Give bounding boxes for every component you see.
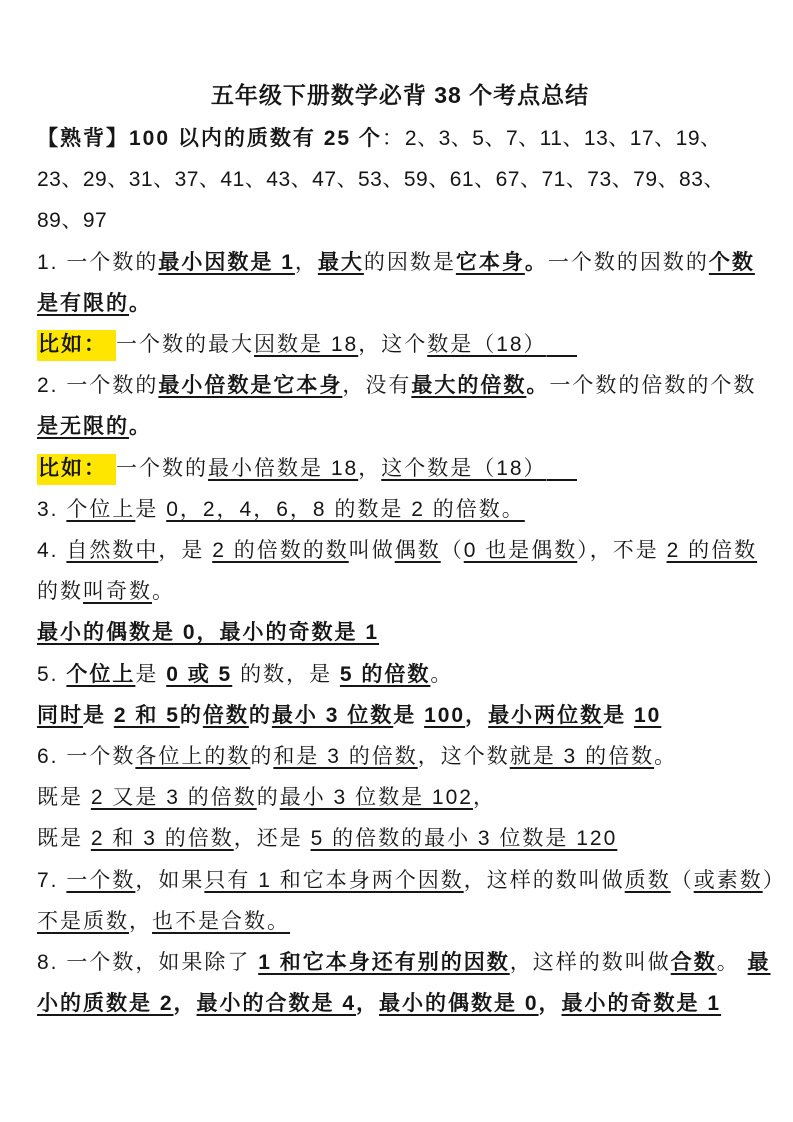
text-line: 4. 自然数中，是 2 的倍数的数叫做偶数（0 也是偶数），不是 2 的倍数	[37, 530, 763, 571]
text-segment: 2、3、5、7、11、13、17、19、	[405, 127, 722, 150]
text-segment: 2 又是 3 的倍数	[91, 786, 257, 809]
text-segment: 最小两位数	[488, 704, 603, 727]
text-segment: 10	[634, 704, 661, 727]
text-segment: 最大	[318, 251, 364, 274]
text-segment: 是	[603, 704, 634, 727]
text-segment: （	[441, 539, 464, 562]
text-segment: 。	[525, 251, 548, 274]
text-segment: 的	[249, 704, 272, 727]
text-segment: 2 和 3 的倍数	[91, 827, 234, 850]
text-line: 比如：一个数的最大因数是 18，这个数是（18）	[37, 324, 763, 365]
text-segment: 是	[135, 663, 166, 686]
text-line: 8. 一个数，如果除了 1 和它本身还有别的因数，这样的数叫做合数。 最	[37, 942, 763, 983]
text-segment: 0，2，4，6，8 的数是 2 的倍数。	[166, 498, 525, 521]
text-segment: ，	[174, 992, 197, 1015]
text-segment: ，如果	[135, 869, 204, 892]
text-segment: 2. 一个数的	[37, 374, 158, 397]
document-page: 五年级下册数学必背 38 个考点总结 【熟背】100 以内的质数有 25 个：2…	[0, 0, 793, 1122]
text-segment: 100	[424, 704, 465, 727]
text-segment: 最小的偶数是 0	[379, 992, 539, 1015]
text-segment: ，	[295, 251, 318, 274]
text-segment: ，	[465, 704, 488, 727]
text-segment: ）	[763, 869, 793, 892]
text-segment: 。	[430, 663, 453, 686]
text-segment: 的	[257, 786, 280, 809]
text-line: 的数叫奇数。	[37, 571, 763, 612]
text-segment: ，	[129, 910, 152, 933]
text-segment: ，这个数	[418, 745, 510, 768]
text-segment: ，	[358, 457, 381, 480]
text-segment: 它本身	[456, 251, 525, 274]
text-segment: 的数	[37, 580, 83, 603]
text-segment: 2 的倍数的数	[212, 539, 349, 562]
text-segment: 自然数中	[66, 539, 158, 562]
text-segment: 最小的偶数是 0，最小的奇数是 1	[37, 621, 379, 644]
text-segment: 一个数的最大	[116, 333, 254, 356]
text-segment: 0 也是偶数	[464, 539, 578, 562]
text-line: 既是 2 和 3 的倍数，还是 5 的倍数的最小 3 位数是 120	[37, 818, 763, 859]
text-segment: 一个数的因数的	[548, 251, 709, 274]
text-segment: 。	[267, 910, 290, 933]
text-line: 5. 个位上是 0 或 5 的数，是 5 的倍数。	[37, 654, 763, 695]
text-segment: 最大的倍数	[411, 374, 526, 397]
text-segment: 【熟背】100 以内的质数有 25 个	[37, 127, 382, 150]
text-segment: 既是	[37, 827, 91, 850]
text-segment: 个位上	[66, 663, 135, 686]
text-segment: 偶数	[395, 539, 441, 562]
text-segment: 合数	[671, 951, 717, 974]
text-segment: 小的质数是 2	[37, 992, 174, 1015]
text-segment: 最小的奇数是 1	[562, 992, 722, 1015]
text-line: 最小的偶数是 0，最小的奇数是 1	[37, 612, 763, 653]
text-line: 3. 个位上是 0，2，4，6，8 的数是 2 的倍数。	[37, 489, 763, 530]
text-segment: 最小倍数是 18	[208, 457, 358, 480]
text-line: 2. 一个数的最小倍数是它本身，没有最大的倍数。一个数的倍数的个数	[37, 365, 763, 406]
text-line: 是有限的。	[37, 283, 763, 324]
text-segment: 。	[129, 415, 152, 438]
text-segment: 23、29、31、37、41、43、47、53、59、61、67、71、73、7…	[37, 168, 725, 191]
text-segment: 。	[129, 292, 152, 315]
text-segment: 8. 一个数，如果除了	[37, 951, 258, 974]
text-segment: ），不是	[577, 539, 666, 562]
text-segment: 的因数是	[364, 251, 456, 274]
text-segment: 。	[654, 745, 677, 768]
text-segment: 一个数的	[116, 457, 208, 480]
text-segment: 最小倍数是它本身	[158, 374, 342, 397]
text-segment: 是有限的	[37, 292, 129, 315]
text-segment: 是	[135, 498, 166, 521]
text-segment: 或素数	[694, 869, 763, 892]
text-segment: 4.	[37, 539, 66, 562]
text-segment: 5 的倍数	[340, 663, 431, 686]
text-segment: 最小 3 位数是 102	[280, 786, 473, 809]
text-segment: 一个数	[66, 869, 135, 892]
text-line: 6. 一个数各位上的数的和是 3 的倍数，这个数就是 3 的倍数。	[37, 736, 763, 777]
text-segment: 也不是合数	[152, 910, 267, 933]
text-segment: 最小 3 位数	[272, 704, 393, 727]
text-segment: 。	[717, 951, 748, 974]
text-segment: 各位上的数	[135, 745, 250, 768]
document-body: 【熟背】100 以内的质数有 25 个：2、3、5、7、11、13、17、19、…	[37, 118, 763, 1024]
text-segment: （	[671, 869, 694, 892]
text-segment: 是无限的	[37, 415, 129, 438]
text-segment: 和是 3 的倍数	[273, 745, 417, 768]
text-segment: 倍数	[203, 704, 249, 727]
text-segment: ，还是	[234, 827, 311, 850]
text-segment: ：	[382, 127, 405, 150]
text-segment: ，	[473, 786, 496, 809]
text-segment: 1 和它本身还有别的因数	[258, 951, 510, 974]
blank-underline	[547, 349, 577, 357]
text-segment: 个数	[709, 251, 755, 274]
text-segment: ，没有	[342, 374, 411, 397]
text-segment: ，是	[158, 539, 212, 562]
text-segment: 叫做	[349, 539, 395, 562]
text-segment: 1. 一个数的	[37, 251, 158, 274]
text-segment: 数是（18）	[427, 333, 546, 356]
text-segment: 的数，是	[232, 663, 340, 686]
text-line: 是无限的。	[37, 406, 763, 447]
text-segment: 是	[83, 704, 114, 727]
text-segment: 。	[526, 374, 549, 397]
text-segment: 个位上	[66, 498, 135, 521]
text-segment: 叫奇数	[83, 580, 152, 603]
text-segment: 最小因数是 1	[158, 251, 295, 274]
text-line: 比如：一个数的最小倍数是 18，这个数是（18）	[37, 448, 763, 489]
text-segment: 3.	[37, 498, 66, 521]
text-segment: 的	[180, 704, 203, 727]
text-segment: 最小的合数是 4	[197, 992, 357, 1015]
text-segment: 。	[152, 580, 175, 603]
text-line: 既是 2 又是 3 的倍数的最小 3 位数是 102，	[37, 777, 763, 818]
text-segment: 是	[393, 704, 424, 727]
text-segment: 最	[748, 951, 771, 974]
text-line: 不是质数，也不是合数。	[37, 901, 763, 942]
blank-underline	[547, 473, 577, 481]
highlighted-text: 比如：	[37, 454, 116, 485]
highlighted-text: 比如：	[37, 330, 116, 361]
text-segment: ，	[356, 992, 379, 1015]
text-segment: ，这个	[358, 333, 427, 356]
text-segment: 7.	[37, 869, 66, 892]
text-segment: 的	[250, 745, 273, 768]
text-segment: 0 或 5	[166, 663, 232, 686]
text-line: 7. 一个数，如果只有 1 和它本身两个因数，这样的数叫做质数（或素数） 1	[37, 860, 763, 901]
text-line: 1. 一个数的最小因数是 1，最大的因数是它本身。一个数的因数的个数	[37, 242, 763, 283]
text-segment: ，	[539, 992, 562, 1015]
text-segment: 同时	[37, 704, 83, 727]
text-segment: 质数	[625, 869, 671, 892]
text-segment: 5.	[37, 663, 66, 686]
text-segment: ，这样的数叫做	[464, 869, 625, 892]
text-segment: 只有 1 和它本身两个因数	[204, 869, 463, 892]
text-segment: 因数是 18	[254, 333, 358, 356]
text-segment: 一个数的倍数的个数	[549, 374, 756, 397]
text-line: 23、29、31、37、41、43、47、53、59、61、67、71、73、7…	[37, 159, 763, 200]
text-segment: 2 和 5	[114, 704, 180, 727]
text-segment: 既是	[37, 786, 91, 809]
text-segment: 6. 一个数	[37, 745, 135, 768]
text-line: 同时是 2 和 5的倍数的最小 3 位数是 100，最小两位数是 10	[37, 695, 763, 736]
text-segment: 就是 3 的倍数	[510, 745, 654, 768]
text-line: 【熟背】100 以内的质数有 25 个：2、3、5、7、11、13、17、19、	[37, 118, 763, 159]
text-segment: 2 的倍数	[667, 539, 758, 562]
text-segment: 89、97	[37, 209, 107, 232]
text-line: 小的质数是 2，最小的合数是 4，最小的偶数是 0，最小的奇数是 1	[37, 983, 763, 1024]
text-line: 89、97	[37, 200, 763, 241]
page-title: 五年级下册数学必背 38 个考点总结	[37, 78, 763, 112]
text-segment: ，这样的数叫做	[510, 951, 671, 974]
text-segment: 不是质数	[37, 910, 129, 933]
text-segment: 5 的倍数的最小 3 位数是 120	[311, 827, 618, 850]
text-segment: 这个数是（18）	[381, 457, 546, 480]
